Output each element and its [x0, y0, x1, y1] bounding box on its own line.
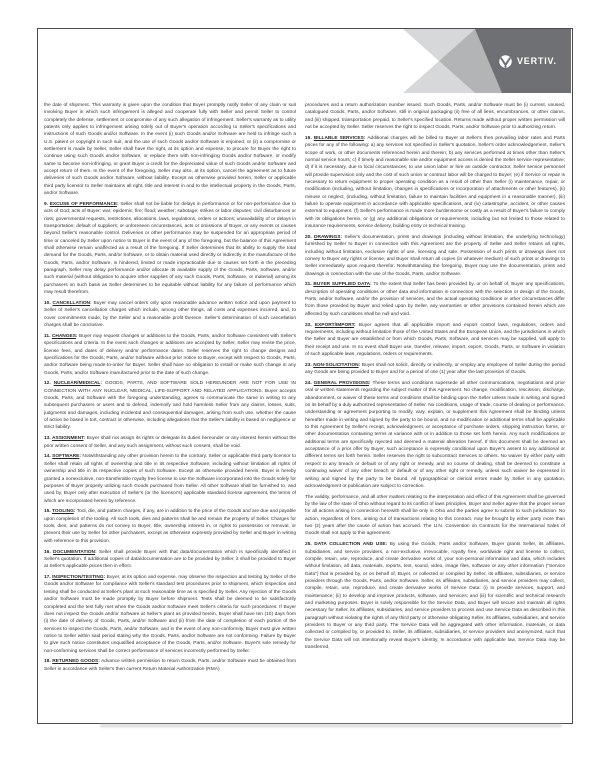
column-right: procedures and a return authorization nu…: [305, 102, 565, 723]
continuation-paragraph: The validity, performance, and all other…: [305, 494, 565, 538]
column-left: the date of shipment. This warranty is g…: [44, 102, 296, 723]
section-paragraph: 13. ASSIGNMENT: Buyer shall not assign i…: [44, 435, 296, 450]
scan-artifact-smudge: [100, 724, 562, 727]
section-paragraph: 16. DOCUMENTATION: Seller shall provide …: [44, 549, 296, 571]
section-paragraph: 24. GENERAL PROVISIONS: These terms and …: [305, 380, 565, 490]
vertiv-logo-text: VERTIV.: [517, 56, 557, 66]
section-paragraph: 14. SOFTWARE: Notwithstanding any other …: [44, 453, 296, 504]
vertiv-logo-icon: [498, 54, 513, 69]
section-paragraph: 10. CANCELLATION: Buyer may cancel order…: [44, 300, 296, 329]
section-paragraph: 11. CHANGES: Buyer may request changes o…: [44, 333, 296, 377]
continuation-paragraph: the date of shipment. This warranty is g…: [44, 102, 296, 197]
section-paragraph: 20. DRAWINGS: Seller's documentation, pr…: [305, 234, 565, 278]
section-paragraph: 25. DATA COLLECTION AND USE: By using th…: [305, 541, 565, 651]
section-paragraph: 18. RETURNED GOODS: Advance written perm…: [44, 658, 296, 673]
section-paragraph: 23. NON-SOLICITATION: Buyer shall not so…: [305, 362, 565, 377]
section-paragraph: 21. BUYER SUPPLIED DATA: To the extent t…: [305, 281, 565, 318]
section-paragraph: 19. BILLABLE SERVICES: Additional charge…: [305, 135, 565, 230]
vertiv-logo: VERTIV.: [498, 29, 568, 93]
scanned-document-page: { "document": { "kind": "terms-and-condi…: [0, 0, 600, 777]
continuation-paragraph: procedures and a return authorization nu…: [305, 102, 565, 131]
section-paragraph: 12. NUCLEAR/MEDICAL: GOODS, PARTS, AND S…: [44, 380, 296, 431]
section-paragraph: 15. TOOLING: Tool, die, and pattern char…: [44, 508, 296, 545]
section-paragraph: 9. EXCUSE OF PERFORMANCE: Seller shall n…: [44, 201, 296, 296]
letterhead-banner: VERTIV.: [330, 29, 571, 93]
section-paragraph: 22. EXPORT/IMPORT: Buyer agrees that all…: [305, 322, 565, 359]
section-paragraph: 17. INSPECTION/TESTING: Buyer, at its op…: [44, 574, 296, 655]
